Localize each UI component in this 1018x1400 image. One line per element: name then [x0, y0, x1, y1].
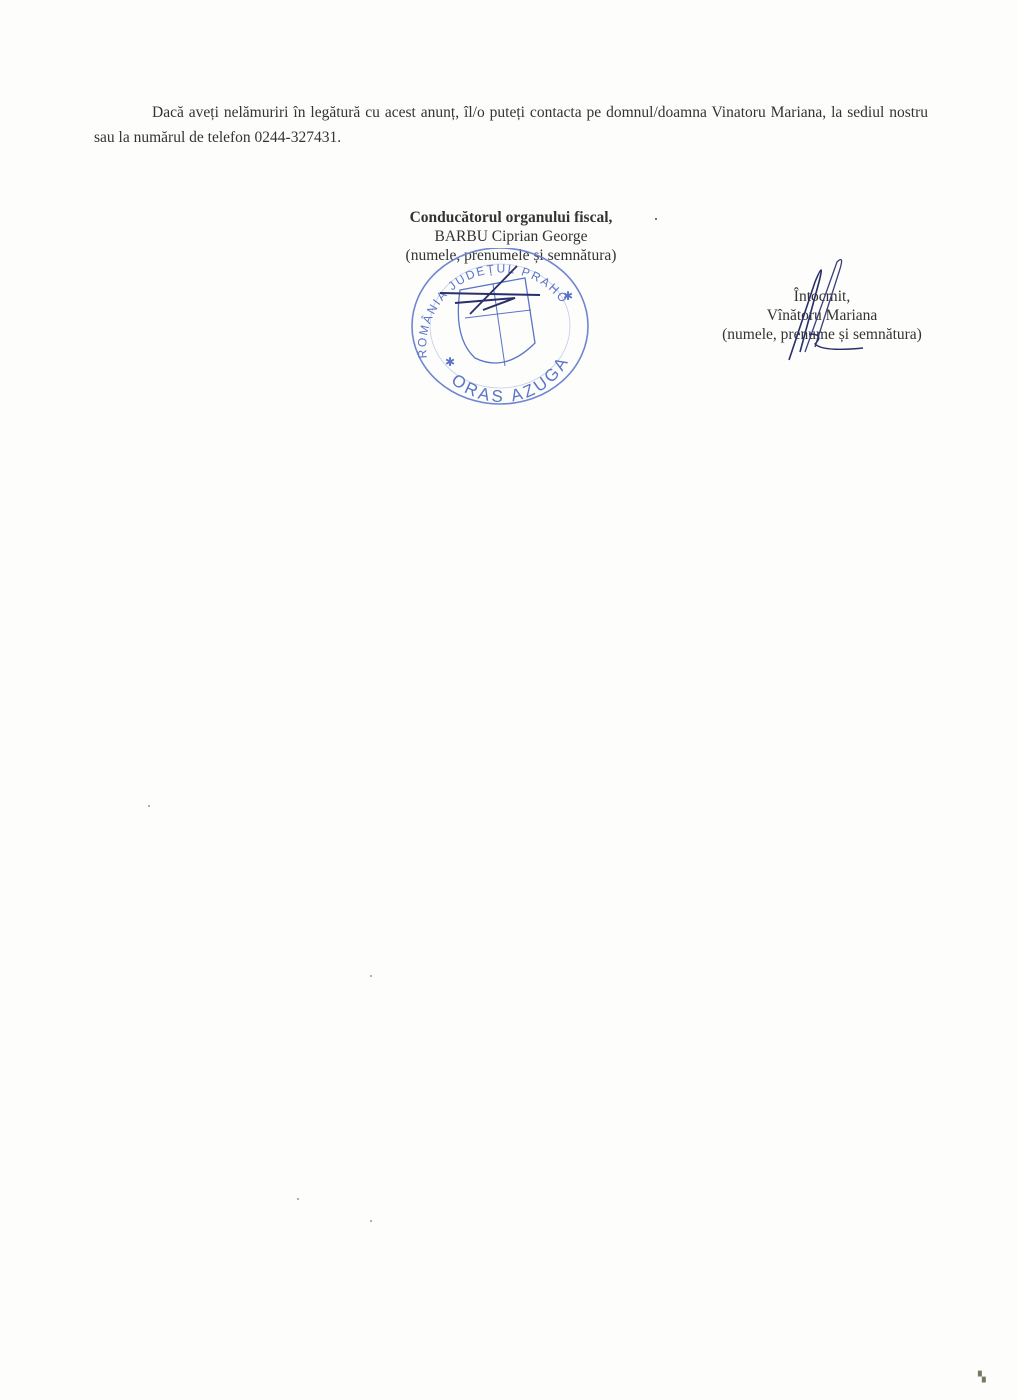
contact-paragraph: Dacă aveți nelămuriri în legătură cu ace…: [94, 100, 928, 150]
signer-title-left: Conducătorul organului fiscal,: [395, 208, 627, 227]
speck: [370, 975, 372, 977]
speck: [148, 805, 150, 807]
handwritten-signature-right: [775, 252, 870, 364]
svg-text:✱: ✱: [563, 289, 573, 303]
speck: [297, 1198, 299, 1200]
scan-artifact: ▚: [978, 1372, 988, 1382]
svg-text:✱: ✱: [445, 355, 455, 369]
official-stamp: ROMÂNIA JUDEȚUL PRAHOVA ORAS AZUGA ✱ ✱: [405, 248, 591, 408]
signer-name-left: BARBU Ciprian George: [395, 227, 627, 246]
speck: [655, 218, 657, 220]
svg-text:ROMÂNIA JUDEȚUL PRAHOVA: ROMÂNIA JUDEȚUL PRAHOVA: [405, 248, 572, 359]
speck: [370, 1220, 372, 1222]
